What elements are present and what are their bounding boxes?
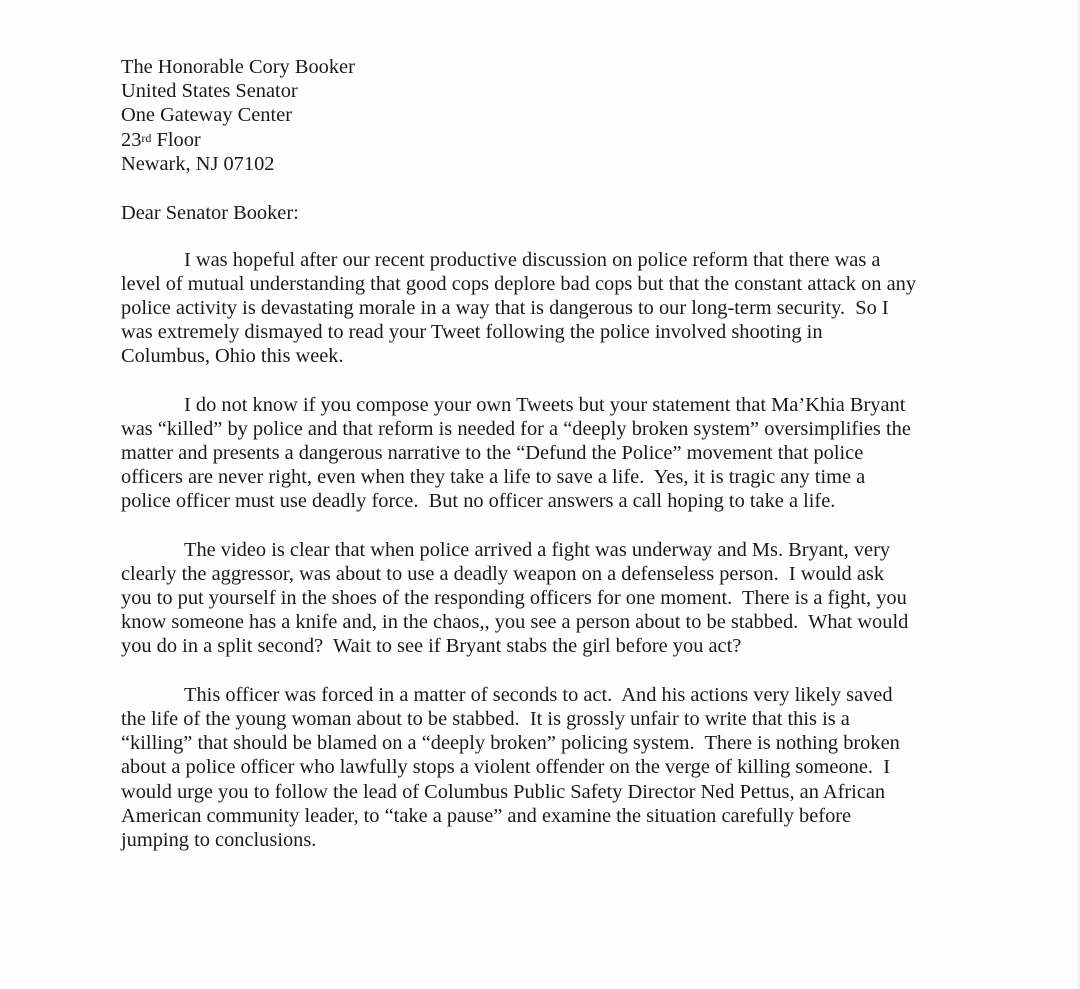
scan-page-edge (1076, 0, 1080, 989)
floor-suffix: rd (141, 131, 151, 145)
paragraph-line: about a police officer who lawfully stop… (121, 755, 890, 779)
paragraph-line: I was hopeful after our recent productiv… (184, 248, 880, 272)
paragraph-line: you to put yourself in the shoes of the … (121, 586, 907, 610)
paragraph-line: you do in a split second? Wait to see if… (121, 634, 741, 658)
paragraph-line: American community leader, to “take a pa… (121, 804, 851, 828)
paragraph-line: jumping to conclusions. (121, 828, 316, 852)
paragraph-line: police activity is devastating morale in… (121, 296, 889, 320)
floor-word: Floor (151, 129, 200, 151)
recipient-name: The Honorable Cory Booker (121, 55, 355, 79)
paragraph-line: I do not know if you compose your own Tw… (184, 393, 905, 417)
salutation: Dear Senator Booker: (121, 201, 299, 225)
recipient-address-line1: One Gateway Center (121, 103, 292, 127)
letter-page: The Honorable Cory Booker United States … (0, 0, 1080, 989)
paragraph-line: This officer was forced in a matter of s… (184, 683, 893, 707)
paragraph-line: Columbus, Ohio this week. (121, 344, 344, 368)
recipient-city-state-zip: Newark, NJ 07102 (121, 152, 274, 176)
paragraph-line: the life of the young woman about to be … (121, 707, 850, 731)
paragraph-line: clearly the aggressor, was about to use … (121, 562, 884, 586)
paragraph-line: matter and presents a dangerous narrativ… (121, 441, 863, 465)
recipient-title: United States Senator (121, 79, 298, 103)
paragraph-line: “killing” that should be blamed on a “de… (121, 731, 900, 755)
paragraph-line: level of mutual understanding that good … (121, 272, 916, 296)
paragraph-line: was extremely dismayed to read your Twee… (121, 320, 823, 344)
paragraph-line: officers are never right, even when they… (121, 465, 865, 489)
paragraph-line: was “killed” by police and that reform i… (121, 417, 911, 441)
recipient-floor: 23rd Floor (121, 128, 201, 152)
cut-off-header-fragment (620, 0, 740, 4)
paragraph-line: know someone has a knife and, in the cha… (121, 610, 908, 634)
paragraph-line: The video is clear that when police arri… (184, 538, 890, 562)
paragraph-line: police officer must use deadly force. Bu… (121, 489, 835, 513)
floor-number: 23 (121, 129, 141, 151)
paragraph-line: would urge you to follow the lead of Col… (121, 780, 885, 804)
